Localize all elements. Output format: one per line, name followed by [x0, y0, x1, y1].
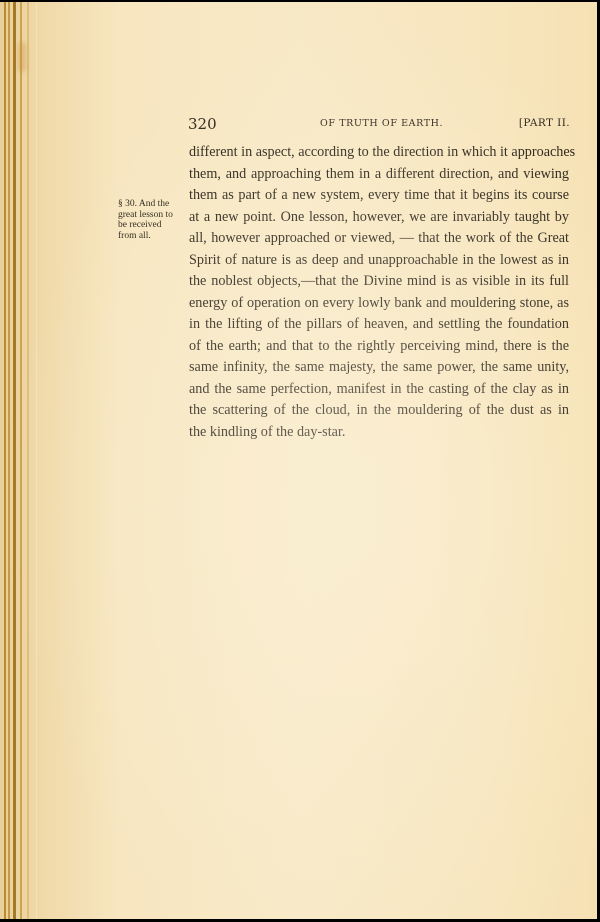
- text-line: of the earth; and that to the rightly pe…: [189, 336, 569, 358]
- text-line: them as part of a new system, every time…: [189, 185, 569, 207]
- book-page: 320 OF TRUTH OF EARTH. [PART II. § 30. A…: [0, 2, 597, 919]
- text-line: the scattering of the cloud, in the moul…: [189, 400, 569, 422]
- text-line: in the lifting of the pillars of heaven,…: [189, 314, 569, 336]
- text-line: same infinity, the same majesty, the sam…: [189, 357, 569, 379]
- running-title: OF TRUTH OF EARTH.: [320, 118, 443, 129]
- text-line: the kindling of the day-star.: [189, 422, 569, 444]
- page-edge: [36, 2, 37, 919]
- page-number: 320: [188, 115, 217, 133]
- text-line: Spirit of nature is as deep and unapproa…: [189, 250, 569, 272]
- sidenote-line: great lesson to: [118, 210, 188, 221]
- text-line: all, however approached or viewed, — tha…: [189, 228, 569, 250]
- sidenote-line: be received: [118, 220, 188, 231]
- marginal-note: § 30. And the great lesson to be receive…: [118, 199, 188, 241]
- text-line: different in aspect, according to the di…: [189, 142, 569, 164]
- body-text: different in aspect, according to the di…: [189, 142, 569, 443]
- page-edge: [8, 2, 10, 919]
- sidenote-line: from all.: [118, 231, 188, 242]
- text-line: and the same perfection, manifest in the…: [189, 379, 569, 401]
- page-edge: [27, 2, 29, 919]
- part-label: [PART II.: [519, 117, 570, 129]
- text-line: them, and approaching them in a differen…: [189, 164, 569, 186]
- page-edge: [20, 2, 22, 919]
- page-edge: [4, 2, 6, 919]
- text-line: at a new point. One lesson, however, we …: [189, 207, 569, 229]
- paper-stain: [18, 42, 26, 72]
- running-header: 320 OF TRUTH OF EARTH. [PART II.: [186, 115, 570, 135]
- text-line: energy of operation on every lowly bank …: [189, 293, 569, 315]
- page-edge: [13, 2, 16, 919]
- sidenote-line: § 30. And the: [118, 199, 188, 210]
- text-line: the noblest objects,—that the Divine min…: [189, 271, 569, 293]
